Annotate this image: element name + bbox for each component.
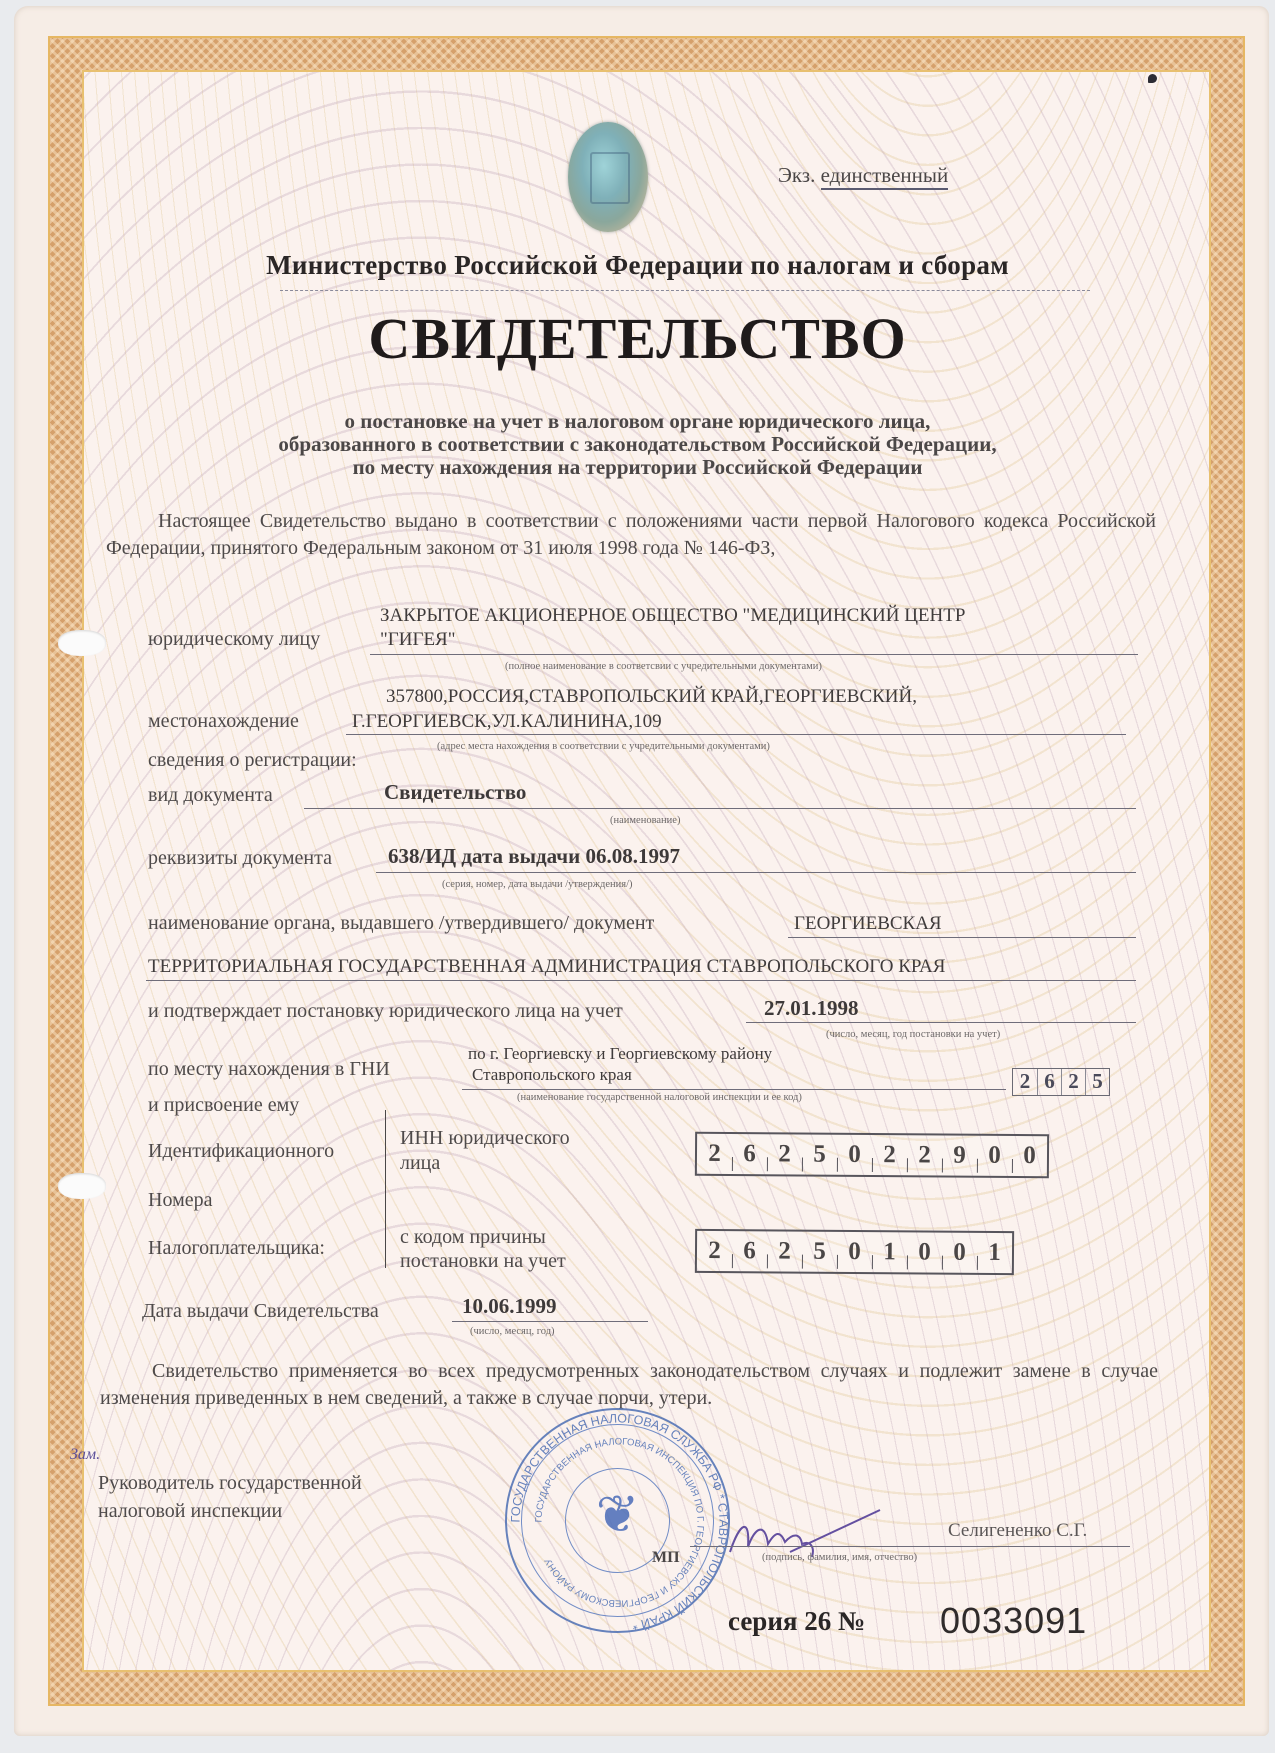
kpp-label-line2: постановки на учет bbox=[400, 1250, 566, 1273]
doc-details-caption: (серия, номер, дата выдачи /утверждения/… bbox=[442, 879, 633, 890]
legal-entity-value-line2: "ГИГЕЯ" bbox=[380, 629, 455, 651]
doc-type-underline bbox=[304, 808, 1136, 809]
tin-label-3: Налогоплательщика: bbox=[148, 1237, 325, 1260]
official-stamp: ГОСУДАРСТВЕННАЯ НАЛОГОВАЯ СЛУЖБА РФ * СТ… bbox=[505, 1408, 730, 1633]
location-value-line2: Г.ГЕОРГИЕВСК,УЛ.КАЛИНИНА,109 bbox=[352, 711, 662, 733]
tin-divider bbox=[385, 1110, 386, 1268]
legal-entity-caption: (полное наименование в соответсвии с учр… bbox=[505, 661, 822, 672]
kpp-code-box: 262501001 bbox=[695, 1229, 1014, 1275]
registration-heading: сведения о регистрации: bbox=[148, 749, 357, 772]
stamp-place-mark: МП bbox=[652, 1549, 680, 1567]
legal-entity-label: юридическому лицу bbox=[148, 628, 320, 651]
inn-label-line1: ИНН юридического bbox=[400, 1127, 570, 1150]
legal-entity-underline bbox=[370, 654, 1138, 655]
doc-details-value: 638/ИД дата выдачи 06.08.1997 bbox=[388, 844, 680, 869]
issuer-value-line1: ГЕОРГИЕВСКАЯ bbox=[794, 913, 942, 935]
tin-label-2: Номера bbox=[148, 1189, 212, 1212]
signatory-name: Селигененко С.Г. bbox=[948, 1520, 1087, 1542]
inn-label-line2: лица bbox=[400, 1152, 440, 1175]
gni-value-line2: Ставропольского края bbox=[472, 1065, 632, 1085]
issuer-underline-1 bbox=[788, 937, 1136, 938]
code-digit: 1 bbox=[977, 1233, 1012, 1273]
issue-date-underline bbox=[452, 1321, 648, 1322]
code-digit: 5 bbox=[802, 1135, 837, 1175]
ministry-name: Министерство Российской Федерации по нал… bbox=[0, 250, 1275, 281]
issuer-label: наименование органа, выдавшего /утвердив… bbox=[148, 912, 654, 935]
serial-label: серия 26 № bbox=[728, 1606, 865, 1637]
copy-note: Экз. единственный bbox=[778, 163, 948, 188]
location-value-line1: 357800,РОССИЯ,СТАВРОПОЛЬСКИЙ КРАЙ,ГЕОРГИ… bbox=[386, 686, 917, 708]
handwritten-note: Зам. bbox=[70, 1446, 100, 1464]
gni-code-digit: 2 bbox=[1013, 1069, 1037, 1095]
signatory-title-line1: Руководитель государственной bbox=[98, 1472, 362, 1495]
document-subtitle: о постановке на учет в налоговом органе … bbox=[0, 410, 1275, 479]
hologram-seal-icon bbox=[568, 122, 648, 232]
code-digit: 1 bbox=[872, 1232, 907, 1272]
location-label: местонахождение bbox=[148, 710, 299, 733]
punch-hole-top bbox=[58, 630, 106, 656]
gni-code-box: 2 6 2 5 bbox=[1012, 1068, 1110, 1096]
tin-label-1: Идентификационного bbox=[148, 1140, 334, 1163]
doc-type-value: Свидетельство bbox=[384, 780, 526, 805]
code-digit: 6 bbox=[732, 1231, 767, 1271]
double-headed-eagle-icon: ❦ bbox=[507, 1490, 728, 1542]
confirm-caption: (число, месяц, год постановки на учет) bbox=[826, 1029, 1000, 1040]
code-digit: 0 bbox=[837, 1232, 872, 1272]
code-digit: 0 bbox=[977, 1136, 1012, 1176]
confirm-underline bbox=[746, 1022, 1136, 1023]
code-digit: 2 bbox=[907, 1135, 942, 1175]
copy-note-value: единственный bbox=[821, 163, 949, 190]
code-digit: 0 bbox=[1012, 1136, 1047, 1176]
subtitle-line: по месту нахождения на территории Россий… bbox=[0, 456, 1275, 479]
confirm-label: и подтверждает постановку юридического л… bbox=[148, 1000, 623, 1023]
intro-paragraph: Настоящее Свидетельство выдано в соответ… bbox=[106, 508, 1156, 562]
gni-caption: (наименование государственной налоговой … bbox=[517, 1092, 802, 1103]
legal-entity-value-line1: ЗАКРЫТОЕ АКЦИОНЕРНОЕ ОБЩЕСТВО "МЕДИЦИНСК… bbox=[380, 605, 965, 627]
subtitle-line: о постановке на учет в налоговом органе … bbox=[0, 410, 1275, 433]
code-digit: 2 bbox=[697, 1231, 732, 1271]
code-digit: 5 bbox=[802, 1232, 837, 1272]
code-digit: 2 bbox=[872, 1135, 907, 1175]
code-digit: 9 bbox=[942, 1135, 977, 1175]
code-digit: 2 bbox=[697, 1134, 732, 1174]
copy-note-prefix: Экз. bbox=[778, 163, 815, 187]
doc-details-underline bbox=[376, 872, 1136, 873]
document-title: СВИДЕТЕЛЬСТВО bbox=[0, 305, 1275, 372]
punch-hole-bottom bbox=[58, 1173, 106, 1199]
signature-caption: (подпись, фамилия, имя, отчество) bbox=[762, 1552, 917, 1563]
confirm-date: 27.01.1998 bbox=[764, 996, 859, 1021]
code-digit: 0 bbox=[907, 1232, 942, 1272]
gni-code-digit: 2 bbox=[1061, 1069, 1085, 1095]
issuer-value-line2: ТЕРРИТОРИАЛЬНАЯ ГОСУДАРСТВЕННАЯ АДМИНИСТ… bbox=[148, 956, 945, 978]
issue-date-caption: (число, месяц, год) bbox=[470, 1326, 555, 1337]
subtitle-line: образованного в соответствии с законодат… bbox=[0, 433, 1275, 456]
signatory-title-line2: налоговой инспекции bbox=[98, 1500, 282, 1523]
assign-label: и присвоение ему bbox=[148, 1094, 299, 1117]
issuer-underline-2 bbox=[146, 980, 1136, 981]
doc-type-label: вид документа bbox=[148, 784, 273, 807]
gni-label: по месту нахождения в ГНИ bbox=[148, 1058, 390, 1081]
ink-blot bbox=[1148, 74, 1157, 83]
ministry-divider bbox=[280, 290, 1090, 291]
code-digit: 0 bbox=[837, 1135, 872, 1175]
code-digit: 2 bbox=[767, 1231, 802, 1271]
gni-underline bbox=[462, 1089, 1006, 1090]
location-caption: (адрес места нахождения в соответствии с… bbox=[437, 741, 770, 752]
code-digit: 2 bbox=[767, 1134, 802, 1174]
doc-type-caption: (наименование) bbox=[610, 815, 680, 826]
closing-paragraph: Свидетельство применяется во всех предус… bbox=[100, 1358, 1158, 1412]
issue-date-label: Дата выдачи Свидетельства bbox=[142, 1300, 379, 1323]
signature-underline bbox=[690, 1546, 1130, 1547]
gni-code-digit: 5 bbox=[1085, 1069, 1109, 1095]
code-digit: 0 bbox=[942, 1233, 977, 1273]
issue-date-value: 10.06.1999 bbox=[462, 1294, 557, 1319]
location-underline bbox=[346, 734, 1126, 735]
gni-code-digit: 6 bbox=[1037, 1069, 1061, 1095]
code-digit: 6 bbox=[732, 1134, 767, 1174]
inn-code-box: 2625022900 bbox=[695, 1132, 1049, 1178]
serial-number: 0033091 bbox=[940, 1600, 1087, 1642]
kpp-label-line1: с кодом причины bbox=[400, 1226, 546, 1249]
gni-value-line1: по г. Георгиевску и Георгиевскому району bbox=[468, 1044, 772, 1064]
doc-details-label: реквизиты документа bbox=[148, 847, 332, 870]
